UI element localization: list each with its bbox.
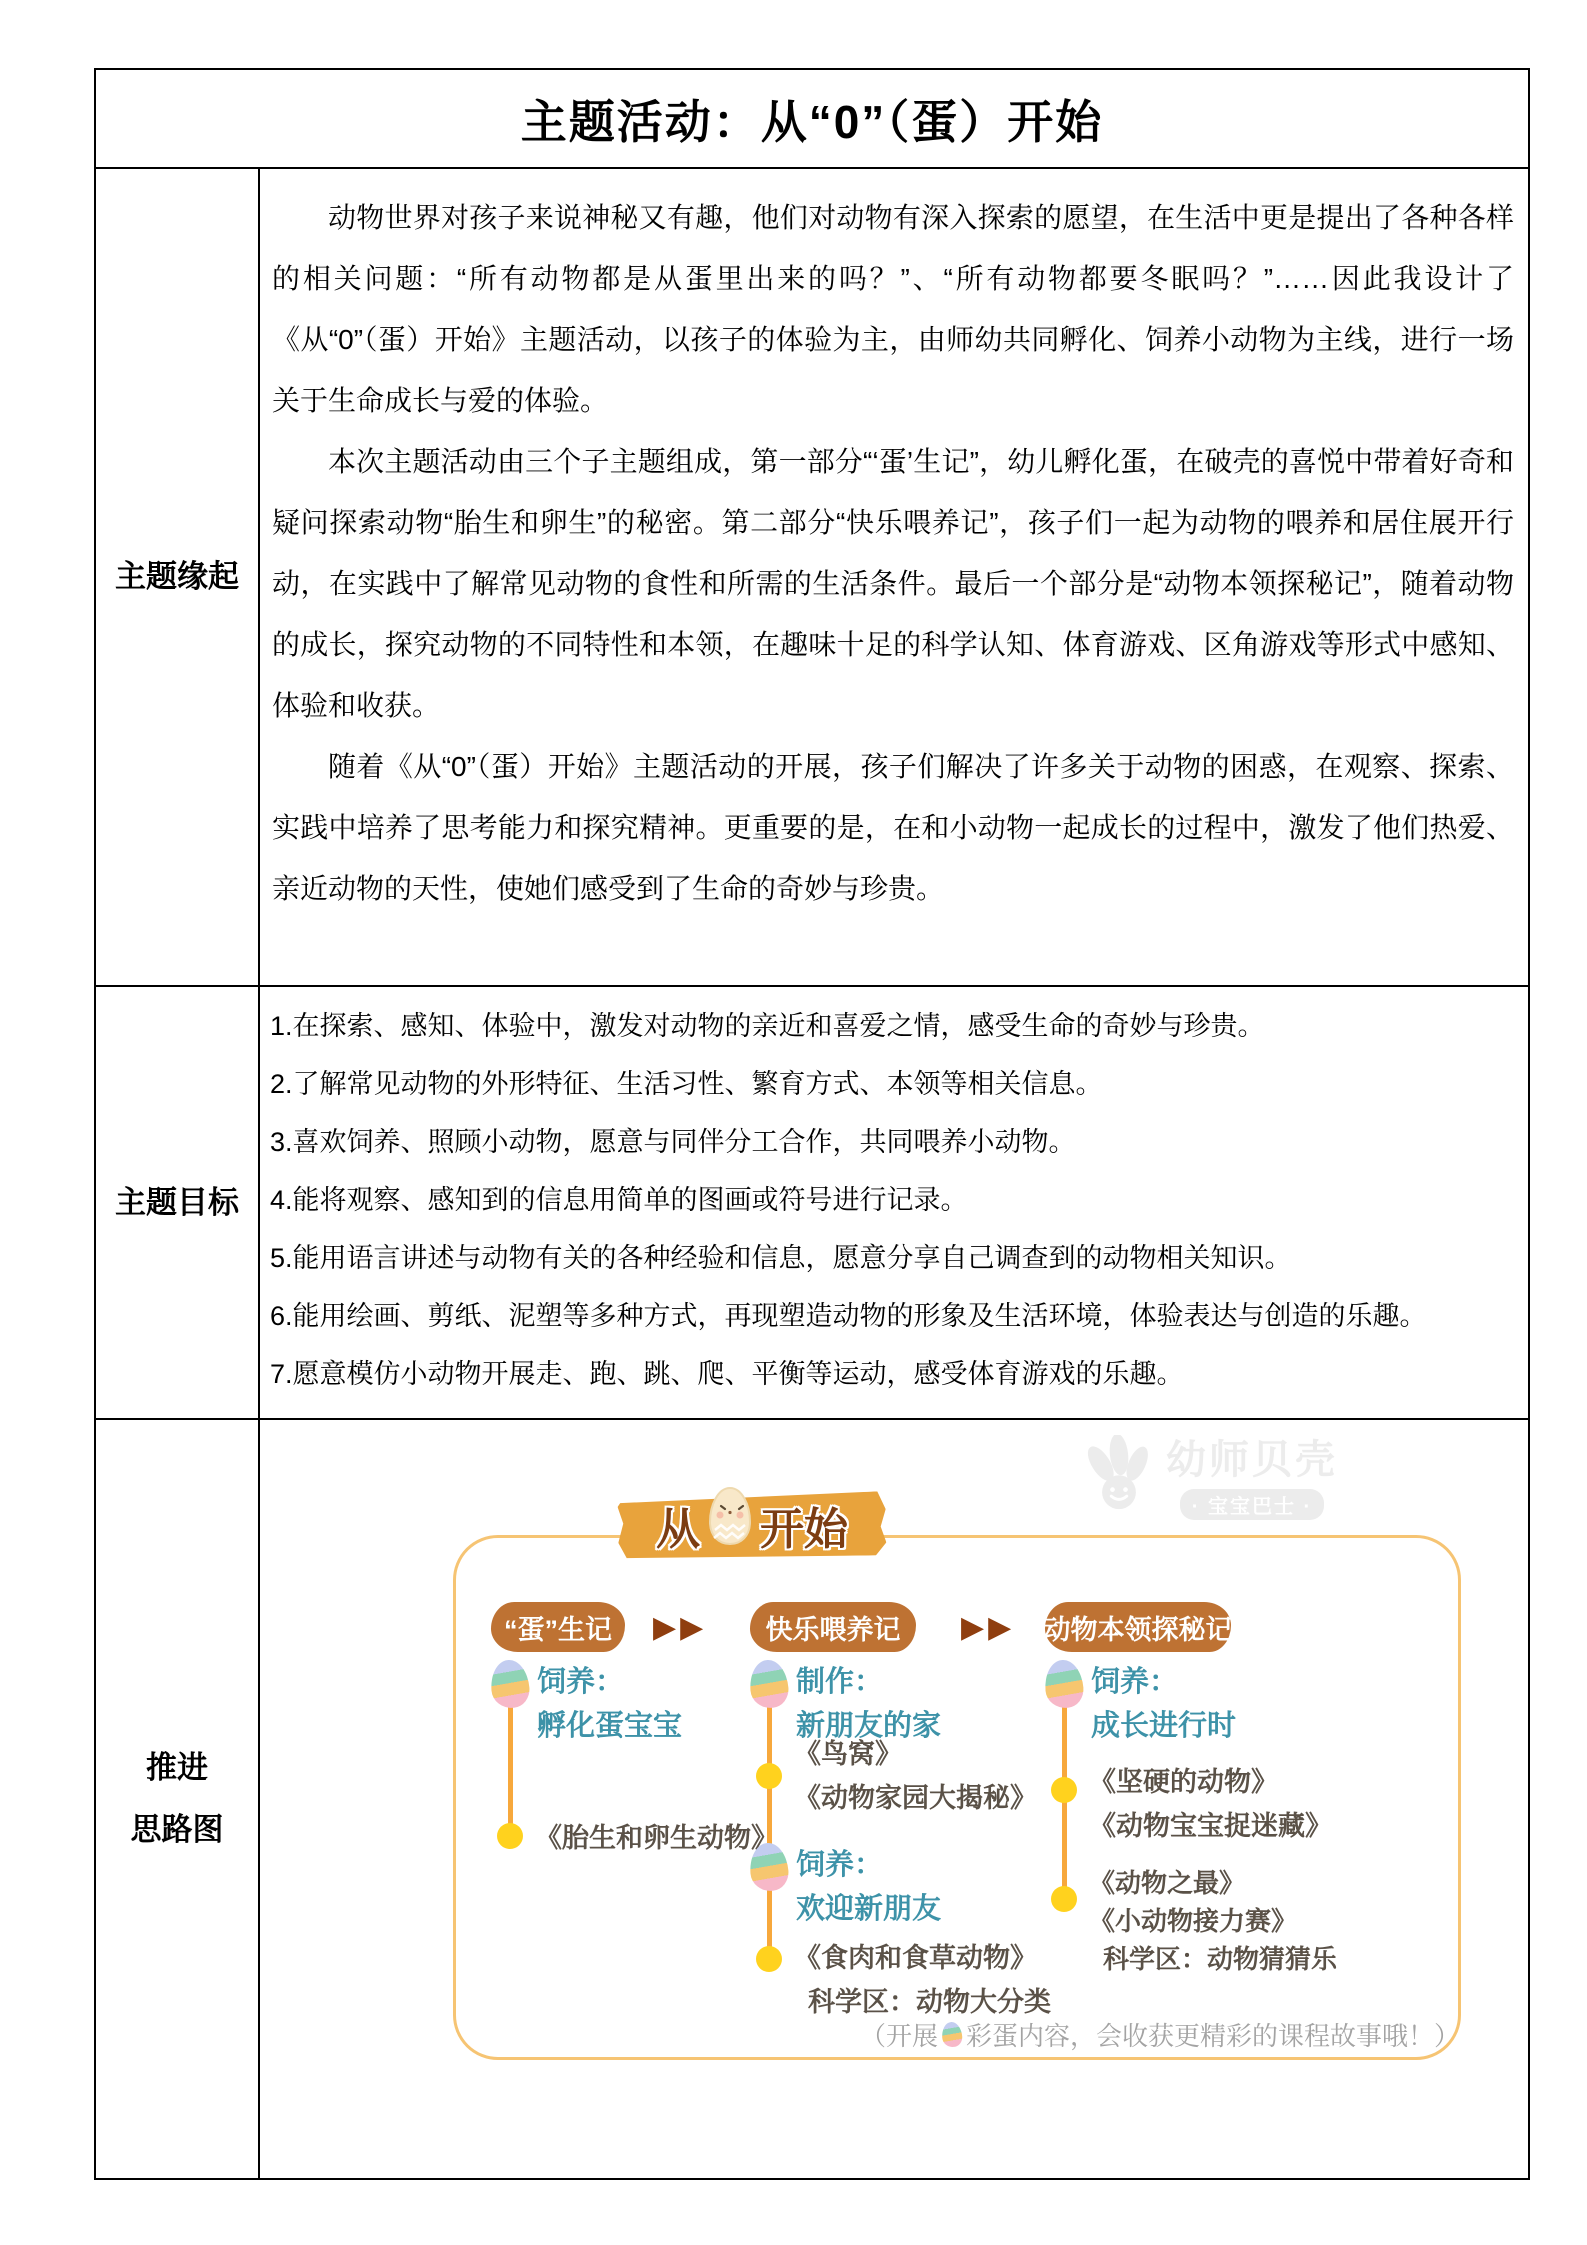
watermark-badge: · 宝宝巴士 · [1180,1489,1324,1520]
activity-line: 制作： [796,1660,941,1704]
dot-marker [756,1763,782,1789]
activity-line: 饲养： [796,1843,941,1887]
goal-item-5: 5.能用语言讲述与动物有关的各种经验和信息，愿意分享自己调查到的动物相关知识。 [270,1229,1516,1287]
note-prefix: （开展 [860,2016,938,2053]
lesson-titles: 《胎生和卵生动物》 [535,1816,778,1860]
activity-line: 孵化蛋宝宝 [537,1704,682,1748]
lesson-line: 《动物家园大揭秘》 [794,1776,1037,1820]
lesson-line: 《胎生和卵生动物》 [535,1816,778,1860]
goal-item-3: 3.喜欢饲养、照顾小动物，愿意与同伴分工合作，共同喂养小动物。 [270,1113,1516,1171]
banner-egg-icon [706,1486,754,1546]
egg-node: 饲养： 孵化蛋宝宝 [491,1660,682,1748]
arrow-right-icon: ▶▶ [961,1602,1015,1652]
row-label-goals: 主题目标 [96,985,260,1418]
watermark: 幼师贝壳 · 宝宝巴士 · [1080,1428,1338,1520]
egg-node: 饲养： 成长进行时 [1045,1660,1236,1748]
watermark-brand: 幼师贝壳 [1166,1428,1338,1485]
subtopic-pill-3: 动物本领探秘记 [1045,1602,1231,1652]
lesson-line: 《食肉和食草动物》 [794,1936,1051,1980]
note-suffix: 彩蛋内容，会收获更精彩的课程故事哦！） [966,2016,1460,2053]
theme-activity-table: 主题活动：从“0”（蛋）开始 主题缘起 动物世界对孩子来说神秘又有趣，他们对动物… [94,68,1530,2180]
origin-content: 动物世界对孩子来说神秘又有趣，他们对动物有深入探索的愿望，在生活中更是提出了各种… [260,167,1528,985]
origin-paragraph-3: 随着《从“0”（蛋）开始》主题活动的开展，孩子们解决了许多关于动物的困惑，在观察… [272,736,1514,919]
activity-line: 饲养： [537,1660,682,1704]
dot-marker [1051,1777,1077,1803]
dot-marker [1051,1886,1077,1912]
page-title: 主题活动：从“0”（蛋）开始 [96,70,1528,167]
activity-line: 欢迎新朋友 [796,1887,941,1931]
activity-line: 饲养： [1091,1660,1236,1704]
row-label-origin: 主题缘起 [96,167,260,985]
lesson-titles: 《动物之最》 《小动物接力赛》 科学区：动物猜猜乐 [1089,1864,1337,1978]
row-label-mindmap: 推进 思路图 [96,1418,260,2178]
lesson-titles: 《食肉和食草动物》 科学区：动物大分类 [794,1936,1051,2024]
egg-icon [489,1658,531,1709]
mindmap-content: 幼师贝壳 · 宝宝巴士 · 从 [260,1418,1528,2178]
watermark-hand-icon [1080,1435,1158,1513]
lesson-titles: 《坚硬的动物》 《动物宝宝捉迷藏》 [1089,1760,1332,1848]
goals-content: 1.在探索、感知、体验中，激发对动物的亲近和喜爱之情，感受生命的奇妙与珍贵。 2… [260,985,1528,1418]
dot-marker [756,1946,782,1972]
origin-paragraph-2: 本次主题活动由三个子主题组成，第一部分“‘蛋’生记”，幼儿孵化蛋，在破壳的喜悦中… [272,431,1514,736]
lesson-line: 《坚硬的动物》 [1089,1760,1332,1804]
mindmap-label-line1: 推进 [146,1737,208,1799]
goal-item-1: 1.在探索、感知、体验中，激发对动物的亲近和喜爱之情，感受生命的奇妙与珍贵。 [270,997,1516,1055]
arrow-right-icon: ▶▶ [653,1602,707,1652]
goal-item-2: 2.了解常见动物的外形特征、生活习性、繁育方式、本领等相关信息。 [270,1055,1516,1113]
dot-marker [497,1823,523,1849]
lesson-line: 《小动物接力赛》 [1089,1902,1337,1940]
origin-paragraph-1: 动物世界对孩子来说神秘又有趣，他们对动物有深入探索的愿望，在生活中更是提出了各种… [272,187,1514,431]
goal-item-6: 6.能用绘画、剪纸、泥塑等多种方式，再现塑造动物的形象及生活环境，体验表达与创造… [270,1287,1516,1345]
goal-item-4: 4.能将观察、感知到的信息用简单的图画或符号进行记录。 [270,1171,1516,1229]
egg-icon [941,2021,963,2048]
subtopic-pill-2: 快乐喂养记 [750,1602,916,1652]
lesson-titles: 《鸟窝》 《动物家园大揭秘》 [794,1732,1037,1820]
egg-node: 饲养： 欢迎新朋友 [750,1843,941,1931]
mindmap-banner: 从 开始 [618,1490,886,1560]
egg-icon [748,1841,790,1892]
lesson-line: 《动物宝宝捉迷藏》 [1089,1804,1332,1848]
egg-icon [748,1658,790,1709]
easter-egg-note: （开展 彩蛋内容，会收获更精彩的课程故事哦！） [860,2016,1460,2053]
lesson-line: 科学区：动物猜猜乐 [1089,1940,1337,1978]
mindmap-label-line2: 思路图 [131,1799,224,1861]
lesson-line: 《鸟窝》 [794,1732,1037,1776]
egg-icon [1043,1658,1085,1709]
subtopic-pill-1: “蛋”生记 [491,1602,625,1652]
lesson-line: 《动物之最》 [1089,1864,1337,1902]
banner-text-suffix: 开始 [760,1493,848,1557]
activity-line: 成长进行时 [1091,1704,1236,1748]
document-page: 主题活动：从“0”（蛋）开始 主题缘起 动物世界对孩子来说神秘又有趣，他们对动物… [0,0,1587,2245]
banner-text-prefix: 从 [656,1493,700,1557]
goal-item-7: 7.愿意模仿小动物开展走、跑、跳、爬、平衡等运动，感受体育游戏的乐趣。 [270,1345,1516,1403]
